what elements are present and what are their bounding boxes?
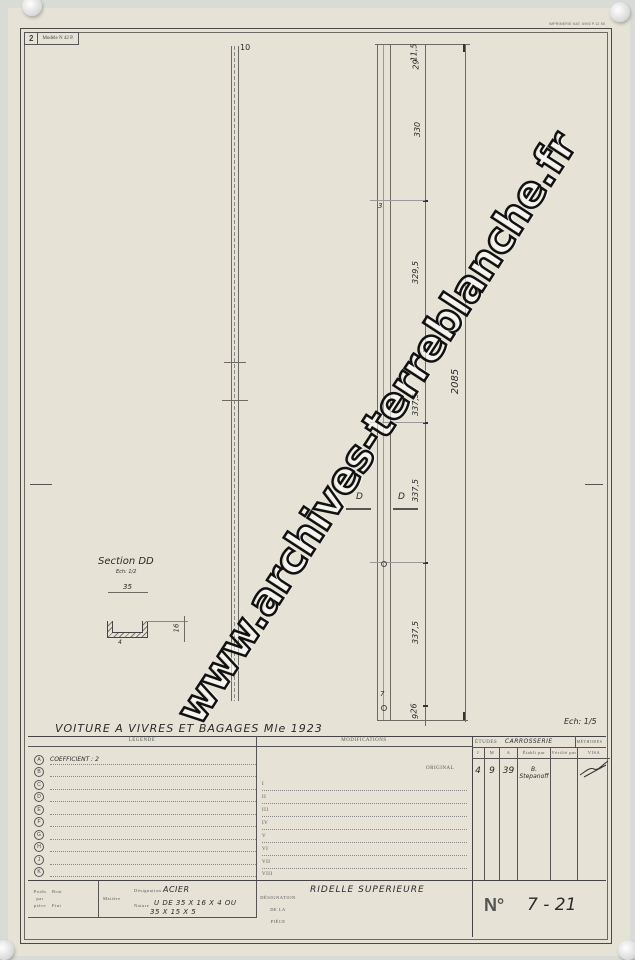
legend-row: D [28, 791, 256, 803]
col-header: Vérifié par [551, 747, 577, 759]
drawing-title: VOITURE A VIVRES ET BAGAGES Mle 1923 [55, 722, 323, 735]
col-value: 4 [472, 766, 484, 776]
material-label: Matière [103, 896, 121, 901]
legend-section: LÉGENDE ACOEFFICIENT : 2 B C D E F G H J… [28, 736, 257, 880]
col-value: B. Stepanoff [518, 766, 550, 780]
center-mark-left [30, 484, 52, 485]
hole [381, 705, 387, 711]
model-label: Modèle N 42 P. [38, 33, 77, 44]
piece-label: DÉSIGNATION [258, 895, 298, 900]
dim-line [184, 616, 185, 642]
col-header: J [472, 747, 484, 759]
left-bar-edge [231, 46, 232, 701]
section-height: 16 [172, 624, 180, 633]
nature-value: U DE 35 X 16 X 4 OU [154, 899, 237, 907]
dim-label: 329,5 [411, 261, 420, 284]
modification-row: II [262, 791, 467, 804]
legend-text [50, 855, 256, 865]
studies-service: CARROSSERIE [505, 738, 553, 745]
ext-line [390, 720, 468, 721]
legend-row: K [28, 866, 256, 878]
part-end [377, 720, 391, 721]
col-month: M9 [485, 747, 500, 880]
designation-value: ACIER [163, 885, 190, 894]
legend-text [50, 805, 256, 815]
dim-tick [423, 705, 428, 707]
gross-label: Brut [52, 889, 62, 894]
modifications-header: MODIFICATIONS [256, 736, 472, 747]
dim-label: 29 [412, 59, 421, 69]
title-block: LÉGENDE ACOEFFICIENT : 2 B C D E F G H J… [28, 736, 606, 936]
legend-letter: A [34, 755, 44, 765]
col-header: A [500, 747, 517, 759]
dim-label: 337,5 [411, 621, 420, 644]
part-top [375, 44, 470, 45]
dim-label: 9 [411, 714, 420, 719]
legend-header: LÉGENDE [28, 736, 256, 747]
col-header: Établi par [518, 747, 550, 759]
legend-letter: B [34, 767, 44, 777]
drawing-number: 7 - 21 [527, 895, 576, 915]
drawing-scale: Ech: 1/5 [564, 717, 597, 726]
legend-text [50, 842, 256, 852]
weight-label: Poids par pièce [32, 888, 48, 909]
studies-columns: J4 M9 A39 Établi parB. Stepanoff Vérifié… [472, 747, 610, 880]
section-title: Section DD [98, 556, 154, 567]
pushpin-top-right [610, 2, 630, 22]
legend-text [50, 792, 256, 802]
dim-tick [463, 44, 465, 52]
col-visa: VISA [578, 747, 610, 880]
legend-row: B [28, 766, 256, 778]
modifications-section: MODIFICATIONS ORIGINAL I II III IV V VI … [256, 736, 473, 880]
legend-text [50, 867, 256, 877]
piece-label: PIÈCE [258, 919, 298, 924]
ext-line [370, 200, 425, 201]
dim-line-overall [465, 44, 466, 722]
legend-text [50, 780, 256, 790]
legend-letter: H [34, 842, 44, 852]
left-part-top-label: 10 [240, 43, 250, 52]
dim-label: 330 [413, 122, 422, 137]
number-prefix: N° [484, 895, 504, 916]
modification-row: V [262, 830, 467, 843]
legend-row: F [28, 816, 256, 828]
legend-text [50, 767, 256, 777]
modification-row: I [262, 778, 467, 791]
studies-label: ÉTUDES [475, 740, 497, 745]
channel-inside [112, 621, 143, 633]
legend-row: ACOEFFICIENT : 2 [28, 754, 256, 766]
pushpin-bottom-right [618, 940, 635, 960]
studies-section: ÉTUDES CARROSSERIE MÉTHODES J4 M9 A39 Ét… [472, 736, 606, 880]
col-day: J4 [472, 747, 485, 880]
legend-text [50, 817, 256, 827]
legend-row: E [28, 804, 256, 816]
pushpin-bottom-left [0, 940, 14, 960]
weight-section: Poids par pièce Brut Fini [28, 881, 99, 918]
title-block-bottom: Poids par pièce Brut Fini Matière Désign… [28, 880, 606, 937]
modification-row: VIII [262, 868, 467, 880]
col-year: A39 [500, 747, 518, 880]
section-thickness: 4 [118, 639, 122, 646]
col-established-by: Établi parB. Stepanoff [518, 747, 551, 880]
nature-value-alt: 35 X 15 X 5 [150, 908, 196, 916]
piece-name: RIDELLE SUPERIEURE [310, 885, 425, 895]
legend-letter: G [34, 830, 44, 840]
legend-letter: J [34, 855, 44, 865]
legend-letter: E [34, 805, 44, 815]
signature-icon [578, 759, 610, 779]
break-mark [222, 400, 248, 401]
col-value: 9 [485, 766, 499, 776]
break-mark [224, 362, 246, 363]
col-value: 39 [500, 766, 517, 776]
hole [381, 561, 387, 567]
legend-text [50, 830, 256, 840]
legend-row: H [28, 841, 256, 853]
model-number: 2 [25, 33, 38, 44]
designation-label: Désignation [134, 888, 161, 893]
printer-mark: IMPRIMERIE NAT. 6993 P.12 55 [549, 22, 605, 26]
modification-row: VI [262, 843, 467, 856]
ext-line [146, 621, 188, 622]
legend-row: G [28, 829, 256, 841]
modification-row: IV [262, 817, 467, 830]
hole-mark: 3 [378, 202, 382, 210]
hole-mark: 7 [380, 690, 384, 698]
dim-line [108, 592, 148, 593]
legend-letter: K [34, 867, 44, 877]
modification-row: III [262, 804, 467, 817]
legend-row: C [28, 779, 256, 791]
ext-line [370, 562, 425, 563]
dim-label: 337,5 [411, 479, 420, 502]
finished-label: Fini [52, 903, 61, 908]
legend-letter: C [34, 780, 44, 790]
nature-label: Nature [134, 903, 149, 908]
center-mark-right [585, 484, 603, 485]
original-label: ORIGINAL [426, 766, 454, 771]
dim-label: 26 [410, 703, 419, 713]
legend-letter: F [34, 817, 44, 827]
legend-letter: D [34, 792, 44, 802]
material-section: Matière Désignation ACIER Nature U DE 35… [98, 881, 257, 918]
piece-label: DE LA [258, 907, 298, 912]
legend-text: COEFFICIENT : 2 [50, 755, 256, 765]
col-verified-by: Vérifié par [551, 747, 578, 880]
section-width: 35 [123, 583, 132, 591]
section-marker-right: D [398, 492, 405, 502]
overall-length-label: 2085 [450, 369, 461, 394]
drawing-number-section: N° 7 - 21 [472, 881, 606, 937]
col-header: M [485, 747, 499, 759]
section-scale: Ech: 1/2 [116, 569, 136, 575]
part-designation-section: DÉSIGNATION DE LA PIÈCE RIDELLE SUPERIEU… [256, 881, 473, 937]
section-cut-line [393, 508, 418, 510]
legend-row: J [28, 854, 256, 866]
col-header: VISA [578, 747, 610, 759]
model-tag: 2 Modèle N 42 P. [24, 32, 79, 45]
